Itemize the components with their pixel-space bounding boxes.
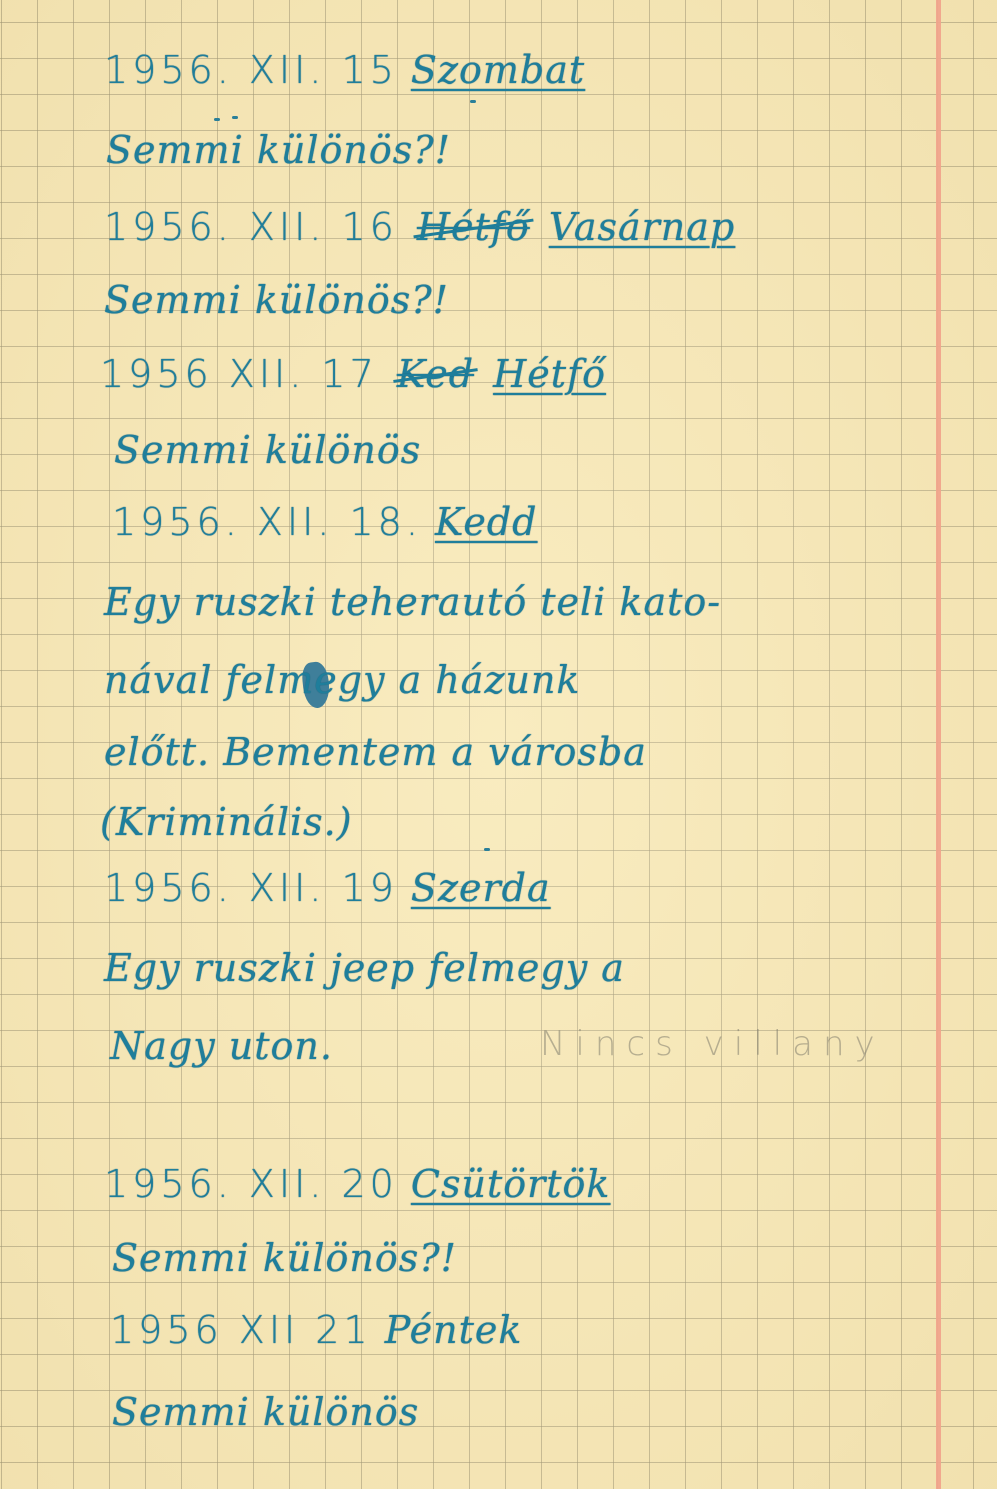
entry-day: Csütörtök [411,1162,611,1206]
entry-text: Semmi különös?! [104,278,449,322]
entry-text: Egy ruszki jeep felmegy a [104,946,625,990]
entry-heading: 1956. XII. 19 Szerda [104,866,551,910]
entry-heading: 1956 XII 21 Péntek [110,1308,522,1352]
ink-dot [232,116,238,119]
entry-heading: 1956. XII. 15 Szombat [104,48,585,92]
entry-day: Szerda [411,866,551,910]
entry-date: 1956. XII. 19 [104,866,398,910]
entry-text: Semmi különös?! [106,128,451,172]
entry-text: nával felmegy a házunk [104,658,580,702]
entry-text: Egy ruszki teherautó teli kato- [104,580,721,624]
entry-text: Semmi különös [114,428,421,472]
entry-text: előtt. Bementem a városba [104,730,647,774]
ink-dot [470,100,476,103]
entry-day: Szombat [411,48,585,92]
entry-date: 1956. XII. 18. [112,500,422,544]
entry-text: Semmi különös?! [112,1236,457,1280]
entry-heading: 1956. XII. 20 Csütörtök [104,1162,610,1206]
ink-dot [214,118,220,121]
entry-date: 1956. XII. 16 [104,205,398,249]
pencil-note: Nincs villany [540,1024,885,1064]
entry-text: Semmi különös [112,1390,419,1434]
entry-heading: 1956. XII. 16 Hétfő Vasárnap [104,205,735,249]
entry-text: Nagy uton. [110,1024,333,1068]
entry-heading: 1956. XII. 18. Kedd [112,500,538,544]
entry-day: Hétfő [493,352,606,396]
entry-text: (Kriminális.) [100,800,353,844]
crossed-out-word: Hétfő [417,205,530,249]
red-margin-line [936,0,941,1489]
entry-day: Vasárnap [549,205,735,249]
crossed-out-word: Ked [397,352,474,396]
entry-date: 1956 XII. 17 [100,352,378,396]
entry-day: Péntek [385,1308,523,1352]
entry-day: Kedd [435,500,538,544]
entry-date: 1956. XII. 20 [104,1162,398,1206]
entry-date: 1956 XII 21 [110,1308,372,1352]
diary-page: 1956. XII. 15 Szombat Semmi különös?! 19… [0,0,997,1489]
entry-heading: 1956 XII. 17 Ked Hétfő [100,352,606,396]
ink-dot [484,848,490,851]
entry-date: 1956. XII. 15 [104,48,398,92]
